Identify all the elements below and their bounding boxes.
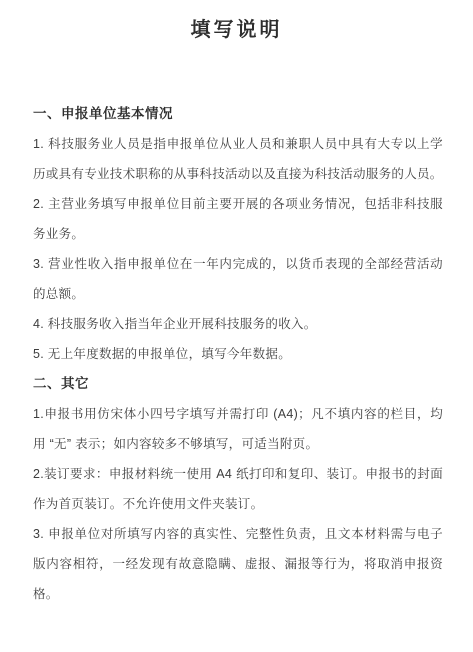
section-2-item-2: 2.装订要求：申报材料统一使用 A4 纸打印和复印、装订。申报书的封面作为首页装… (33, 459, 443, 519)
page-title: 填写说明 (0, 0, 473, 42)
document-page: 填写说明 一、申报单位基本情况 1. 科技服务业人员是指申报单位从业人员和兼职人… (0, 0, 473, 652)
section-2-heading: 二、其它 (33, 369, 443, 399)
document-content: 一、申报单位基本情况 1. 科技服务业人员是指申报单位从业人员和兼职人员中具有大… (0, 99, 473, 609)
section-1-item-2: 2. 主营业务填写申报单位目前主要开展的各项业务情况，包括非科技服务业务。 (33, 189, 443, 249)
section-1-item-5: 5. 无上年度数据的申报单位，填写今年数据。 (33, 339, 443, 369)
section-2-item-3: 3. 申报单位对所填写内容的真实性、完整性负责，且文本材料需与电子版内容相符，一… (33, 519, 443, 609)
section-1-item-3: 3. 营业性收入指申报单位在一年内完成的，以货币表现的全部经营活动的总额。 (33, 249, 443, 309)
section-2-item-1: 1.申报书用仿宋体小四号字填写并需打印 (A4)；凡不填内容的栏目，均用 “无”… (33, 399, 443, 459)
section-1-item-1: 1. 科技服务业人员是指申报单位从业人员和兼职人员中具有大专以上学历或具有专业技… (33, 129, 443, 189)
section-1-heading: 一、申报单位基本情况 (33, 99, 443, 129)
section-1-item-4: 4. 科技服务收入指当年企业开展科技服务的收入。 (33, 309, 443, 339)
